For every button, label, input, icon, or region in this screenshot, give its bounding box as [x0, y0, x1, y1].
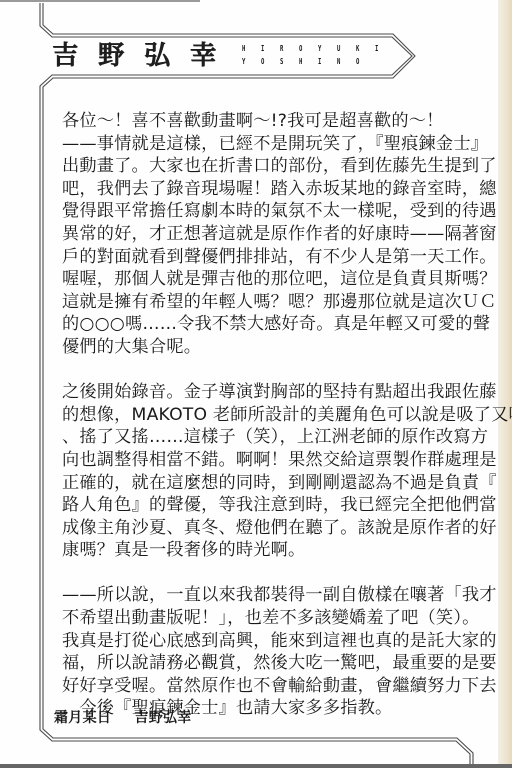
- signature: 霜月某日 吉野弘幸: [54, 707, 210, 727]
- romaji-letter: Y: [242, 57, 255, 66]
- title-char: 幸: [190, 40, 236, 72]
- paragraph-1: 各位～！喜不喜歡動畫啊～!?我可是超喜歡的～！ ——事情就是這樣，已經不是開玩笑…: [62, 110, 467, 359]
- paragraph-3: ——所以說，一直以來我都裝得一副自傲樣在嚷著「我才 不希望出動畫版呢！」，也差不…: [62, 584, 467, 720]
- text-line: 覺得跟平常擔任寫劇本時的氣氛不太一樣呢，受到的待遇: [62, 200, 467, 223]
- text-line: 優們的大集合呢。: [62, 336, 467, 359]
- romaji-letter: O: [261, 57, 274, 66]
- signature-author: 吉野弘幸: [134, 710, 191, 726]
- romaji-letter: O: [299, 44, 312, 53]
- text-line: 出動畫了。大家也在折書口的部份，看到佐藤先生提到了: [62, 155, 467, 178]
- romaji-letter: I: [261, 44, 274, 53]
- romaji-letter: N: [337, 57, 350, 66]
- text-line: 之後開始錄音。金子導演對胸部的堅持有點超出我跟佐藤: [62, 381, 467, 404]
- text-line: 吧，我們去了錄音現場喔！踏入赤坂某地的錄音室時，總: [62, 178, 467, 201]
- text-line: 的○○○嗎……令我不禁大感好奇。真是年輕又可愛的聲: [62, 313, 467, 336]
- text-line: 福，所以說請務必觀賞，然後大吃一驚吧，最重要的是要: [62, 652, 467, 675]
- author-name-romaji: H I R O Y U K I Y O S H I N O: [242, 44, 392, 70]
- page-bottom-edge: [0, 764, 512, 768]
- author-name-heading: 吉 野 弘 幸: [52, 40, 236, 72]
- romaji-letter: R: [280, 44, 293, 53]
- text-line: 正確的，就在這麼想的同時，到剛剛還認為不過是負責『: [62, 472, 467, 495]
- text-line: 不希望出動畫版呢！」，也差不多該變嬌羞了吧（笑）。: [62, 607, 467, 630]
- text-line: 這就是擁有希望的年輕人嗎？嗯？那邊那位就是這次ＵＣ: [62, 291, 467, 314]
- romaji-family-name: Y O S H I N O: [242, 57, 375, 66]
- romaji-given-name: H I R O Y U K I: [242, 44, 394, 53]
- romaji-letter: O: [356, 57, 369, 66]
- text-line: 戶的對面就看到聲優們排排站，有不少人是第一天工作。: [62, 246, 467, 269]
- text-line: ——所以說，一直以來我都裝得一副自傲樣在嚷著「我才: [62, 584, 467, 607]
- text-line: 、搖了又搖……這樣子（笑），上江洲老師的原作改寫方: [62, 426, 467, 449]
- title-char: 野: [98, 40, 144, 72]
- text-line: 成像主角沙夏、真冬、燈他們在聽了。該說是原作者的好: [62, 517, 467, 540]
- romaji-letter: H: [299, 57, 312, 66]
- title-char: 吉: [52, 40, 98, 72]
- text-line: 異常的好，才正想著這就是原作作者的好康時——隔著窗: [62, 223, 467, 246]
- text-line: ——事情就是這樣，已經不是開玩笑了，『聖痕鍊金士』: [62, 133, 467, 156]
- title-char: 弘: [144, 40, 190, 72]
- afterword-body: 各位～！喜不喜歡動畫啊～!?我可是超喜歡的～！ ——事情就是這樣，已經不是開玩笑…: [62, 110, 467, 743]
- romaji-letter: I: [318, 57, 331, 66]
- romaji-letter: Y: [318, 44, 331, 53]
- romaji-letter: H: [242, 44, 255, 53]
- romaji-letter: U: [337, 44, 350, 53]
- romaji-letter: K: [356, 44, 369, 53]
- signature-date: 霜月某日: [54, 710, 111, 726]
- text-line: 康嗎？真是一段奢侈的時光啊。: [62, 539, 467, 562]
- text-line: 向也調整得相當不錯。啊啊！果然交給這票製作群處理是: [62, 449, 467, 472]
- text-line: 好好享受喔。當然原作也不會輸給動畫，會繼續努力下去: [62, 675, 467, 698]
- paragraph-2: 之後開始錄音。金子導演對胸部的堅持有點超出我跟佐藤 的想像，MAKOTO 老師所…: [62, 381, 467, 562]
- text-line: 喔喔，那個人就是彈吉他的那位吧，這位是負責貝斯嗎？: [62, 268, 467, 291]
- romaji-letter: I: [375, 44, 388, 53]
- text-line: 路人角色』的聲優，等我注意到時，我已經完全把他們當: [62, 494, 467, 517]
- text-line: 我真是打從心底感到高興，能來到這裡也真的是託大家的: [62, 630, 467, 653]
- text-line: 的想像，MAKOTO 老師所設計的美麗角色可以說是吸了又吸: [62, 404, 467, 427]
- romaji-letter: S: [280, 57, 293, 66]
- text-line: 各位～！喜不喜歡動畫啊～!?我可是超喜歡的～！: [62, 110, 467, 133]
